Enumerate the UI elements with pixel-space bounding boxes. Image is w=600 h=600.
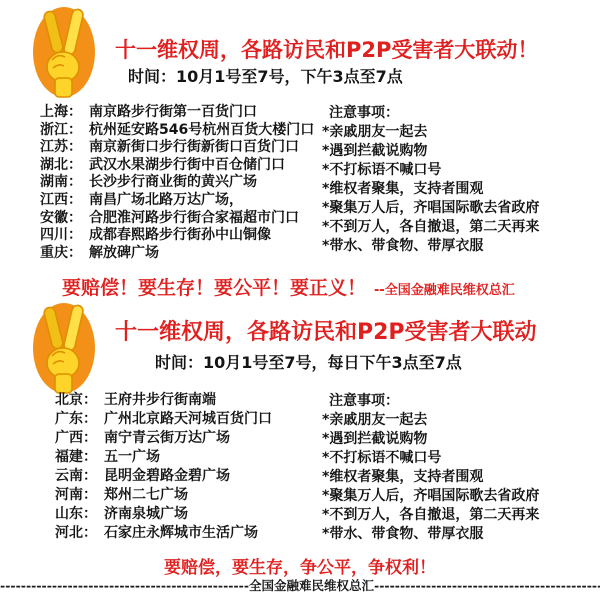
section2-title: 十一维权周，各路访民和P2P受害者大联动	[115, 315, 537, 346]
protest-flyer-poster: 十一维权周，各路访民和P2P受害者大联动！ 时间：10月1号至7号，下午3点至7…	[0, 0, 600, 600]
province-label: 江苏：	[40, 139, 82, 155]
province-label: 北京：	[55, 392, 97, 408]
place-text: 济南泉城广场	[104, 506, 188, 522]
middle-slogan: 要赔偿！要生存！要公平！要正义！--全国金融难民维权总汇	[62, 273, 515, 300]
note-item: *不到万人，各自撤退，第二天再来	[322, 506, 539, 525]
province-label: 福建：	[55, 449, 97, 465]
location-item: 广东：广州北京路天河城百货门口	[55, 410, 272, 429]
province-label: 安徽：	[40, 210, 82, 226]
province-label: 广东：	[55, 411, 97, 427]
place-text: 昆明金碧路金碧广场	[104, 468, 230, 484]
location-item: 北京：王府井步行街南端	[55, 391, 272, 410]
location-item: 湖北：武汉水果湖步行街中百仓储门口	[40, 157, 314, 175]
section2-time: 时间：10月1号至7号，每日下午3点至7点	[155, 350, 462, 373]
footer-source-line: ----------------------------------------…	[0, 576, 600, 594]
province-label: 广西：	[55, 430, 97, 446]
province-label: 山东：	[55, 506, 97, 522]
province-label: 河北：	[55, 525, 97, 541]
location-item: 江苏：南京新街口步行街新街口百货门口	[40, 139, 314, 157]
province-label: 四川：	[40, 227, 82, 243]
note-item: *维权者聚集，支持者围观	[322, 180, 539, 199]
section1-title: 十一维权周，各路访民和P2P受害者大联动！	[115, 34, 538, 64]
place-text: 解放碑广场	[89, 245, 159, 261]
slogan-source: --全国金融难民维权总汇	[374, 283, 515, 298]
place-text: 南京新街口步行街新街口百货门口	[89, 139, 299, 155]
note-item: *亲戚朋友一起去	[322, 411, 539, 430]
note-item: *不打标语不喊口号	[322, 449, 539, 468]
place-text: 郑州二七广场	[104, 487, 188, 503]
location-item: 上海：南京路步行街第一百货门口	[40, 104, 314, 122]
note-item: *不到万人，各自撤退，第二天再来	[322, 218, 539, 237]
province-label: 江西：	[40, 192, 82, 208]
bottom-slogan: 要赔偿，要生存，争公平，争权利！	[0, 553, 600, 578]
slogan-main: 要赔偿！要生存！要公平！要正义！	[62, 277, 366, 299]
location-item: 江西：南昌广场北路万达广场，	[40, 192, 314, 210]
note-item: *遇到拦截说购物	[322, 430, 539, 449]
place-text: 王府井步行街南端	[104, 392, 216, 408]
location-item: 浙江：杭州延安路546号杭州百货大楼门口	[40, 122, 314, 140]
province-label: 湖北：	[40, 157, 82, 173]
location-item: 山东：济南泉城广场	[55, 505, 272, 524]
location-item: 湖南：长沙步行商业街的黄兴广场	[40, 174, 314, 192]
province-label: 浙江：	[40, 122, 82, 138]
section1-notes: 注意事项： *亲戚朋友一起去 *遇到拦截说购物 *不打标语不喊口号 *维权者聚集…	[322, 104, 539, 256]
province-label: 河南：	[55, 487, 97, 503]
place-text: 广州北京路天河城百货门口	[104, 411, 272, 427]
note-item: *带水、带食物、带厚衣服	[322, 525, 539, 544]
section2-location-list: 北京：王府井步行街南端 广东：广州北京路天河城百货门口 广西：南宁青云街万达广场…	[55, 391, 272, 543]
place-text: 南京路步行街第一百货门口	[89, 104, 257, 120]
place-text: 合肥淮河路步行街合家福超市门口	[89, 210, 299, 226]
location-item: 广西：南宁青云街万达广场	[55, 429, 272, 448]
place-text: 杭州延安路546号杭州百货大楼门口	[89, 122, 314, 138]
place-text: 南宁青云街万达广场	[104, 430, 230, 446]
note-item: *聚集万人后，齐唱国际歌去省政府	[322, 487, 539, 506]
location-item: 云南：昆明金碧路金碧广场	[55, 467, 272, 486]
province-label: 重庆：	[40, 245, 82, 261]
location-item: 河北：石家庄永辉城市生活广场	[55, 524, 272, 543]
note-item: *亲戚朋友一起去	[322, 123, 539, 142]
note-item: *聚集万人后，齐唱国际歌去省政府	[322, 199, 539, 218]
province-label: 云南：	[55, 468, 97, 484]
place-text: 南昌广场北路万达广场，	[89, 192, 243, 208]
notes-title: 注意事项：	[322, 104, 539, 123]
place-text: 五一广场	[104, 449, 160, 465]
place-text: 石家庄永辉城市生活广场	[104, 525, 258, 541]
place-text: 武汉水果湖步行街中百仓储门口	[89, 157, 285, 173]
note-item: *不打标语不喊口号	[322, 161, 539, 180]
note-item: *维权者聚集，支持者围观	[322, 468, 539, 487]
section2-notes: 注意事项： *亲戚朋友一起去 *遇到拦截说购物 *不打标语不喊口号 *维权者聚集…	[322, 392, 539, 544]
section1-location-list: 上海：南京路步行街第一百货门口 浙江：杭州延安路546号杭州百货大楼门口 江苏：…	[40, 104, 314, 262]
place-text: 成都春熙路步行街孙中山铜像	[89, 227, 271, 243]
province-label: 湖南：	[40, 174, 82, 190]
province-label: 上海：	[40, 104, 82, 120]
location-item: 河南：郑州二七广场	[55, 486, 272, 505]
location-item: 福建：五一广场	[55, 448, 272, 467]
victory-hand-icon	[31, 302, 97, 398]
victory-hand-icon	[31, 6, 97, 102]
location-item: 安徽：合肥淮河路步行街合家福超市门口	[40, 210, 314, 228]
note-item: *带水、带食物、带厚衣服	[322, 237, 539, 256]
location-item: 重庆：解放碑广场	[40, 245, 314, 263]
section1-time: 时间：10月1号至7号，下午3点至7点	[128, 64, 403, 87]
notes-title: 注意事项：	[322, 392, 539, 411]
location-item: 四川：成都春熙路步行街孙中山铜像	[40, 227, 314, 245]
place-text: 长沙步行商业街的黄兴广场	[89, 174, 257, 190]
note-item: *遇到拦截说购物	[322, 142, 539, 161]
